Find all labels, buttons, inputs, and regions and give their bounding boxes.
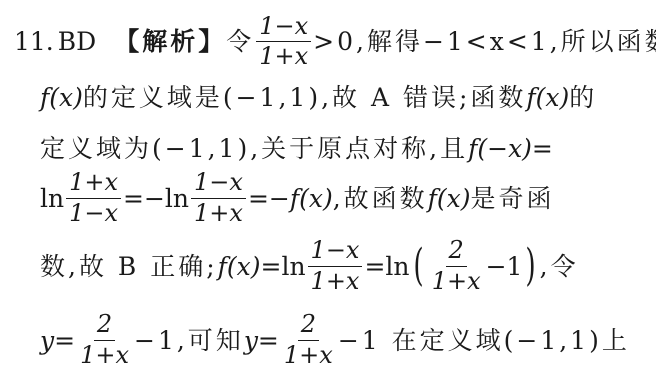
math-y-eq: y= xyxy=(244,328,279,353)
fraction: 2 1+x xyxy=(281,312,336,367)
math-fx: f(x) xyxy=(526,85,569,110)
text: 令 xyxy=(226,29,254,54)
text: =− xyxy=(248,186,290,211)
math-fx: f(x) xyxy=(428,186,471,211)
text: ,故函数 xyxy=(333,186,428,211)
line-2: f(x) 的定义域是(−1,1),故 A 错误;函数 f(x) 的 xyxy=(40,85,597,110)
math-fx: f(x) xyxy=(218,254,261,279)
text: 的 xyxy=(569,85,597,110)
fraction: 1−x 1+x xyxy=(308,238,363,293)
math-f-neg-x: f(−x) xyxy=(468,136,532,161)
fraction: 1−x 1+x xyxy=(191,170,246,225)
problem-number: 11. xyxy=(14,29,54,54)
left-paren: ( xyxy=(413,244,423,288)
fraction: 2 1+x xyxy=(429,238,484,293)
fraction: 1−x 1+x xyxy=(256,14,311,69)
math-fx: f(x) xyxy=(290,186,333,211)
math-fx: f(x) xyxy=(40,85,83,110)
text: =ln xyxy=(364,254,409,279)
text: >0,解得−1<x<1,所以函数 xyxy=(313,29,656,54)
line-5: 数,故 B 正确; f(x) =ln 1−x 1+x =ln ( 2 1+x −… xyxy=(40,238,579,294)
line-3: 定义域为(−1,1),关于原点对称,且 f(−x) = xyxy=(40,136,553,161)
text: 数,故 B 正确; xyxy=(40,254,218,279)
line-6: y= 2 1+x −1,可知 y= 2 1+x −1 在定义域(−1,1)上 xyxy=(40,312,630,368)
fraction: 2 1+x xyxy=(77,312,132,367)
text: =−ln xyxy=(123,186,189,211)
text: −1 在定义域(−1,1)上 xyxy=(338,328,630,353)
right-paren: ) xyxy=(526,244,536,288)
text: =ln xyxy=(261,254,306,279)
analysis-label: 【解析】 xyxy=(114,29,226,54)
equals: = xyxy=(532,136,553,161)
text: 是奇函 xyxy=(471,186,555,211)
fraction: 1+x 1−x xyxy=(66,170,121,225)
text: −1,可知 xyxy=(134,328,244,353)
line-1: 11. BD 【解析】 令 1−x 1+x >0,解得−1<x<1,所以函数 xyxy=(14,14,656,69)
ln: ln xyxy=(40,186,64,211)
math-y-eq: y= xyxy=(40,328,75,353)
text: ,令 xyxy=(540,254,579,279)
line-4: ln 1+x 1−x =−ln 1−x 1+x =− f(x) ,故函数 f(x… xyxy=(40,170,555,226)
text: 定义域为(−1,1),关于原点对称,且 xyxy=(40,136,468,161)
text: −1 xyxy=(486,254,523,279)
text: 的定义域是(−1,1),故 A 错误;函数 xyxy=(83,85,527,110)
problem-answer: BD xyxy=(58,29,96,54)
